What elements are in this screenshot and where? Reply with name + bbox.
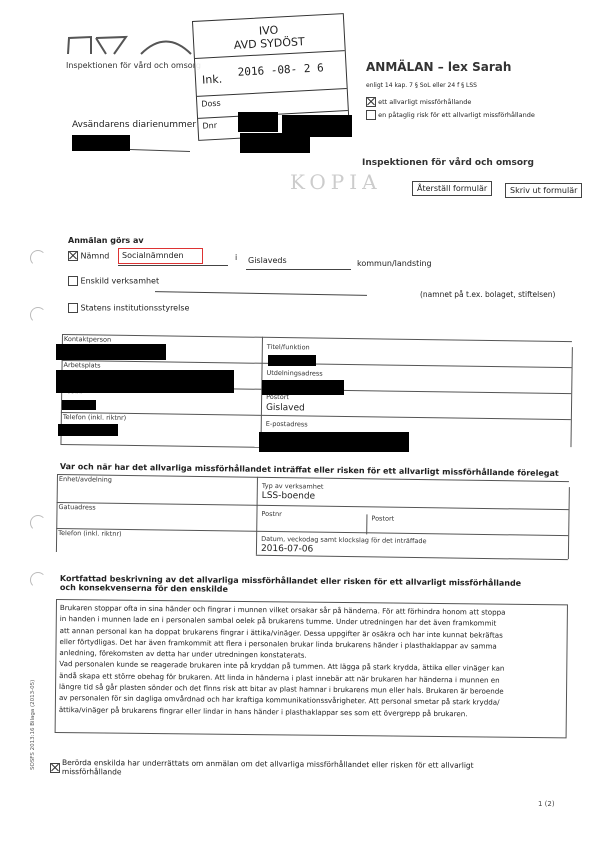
email-label: E-postadress xyxy=(266,420,308,429)
description-heading: Kortfattad beskrivning av det allvarliga… xyxy=(60,574,521,597)
date-value: 2016-07-06 xyxy=(261,544,313,555)
field-line xyxy=(130,149,190,152)
option-risk-label: en påtaglig risk för ett allvarligt miss… xyxy=(378,111,535,119)
i-label: i xyxy=(235,253,237,262)
kopia-stamp: KOPIA xyxy=(290,170,382,194)
postnr-redacted xyxy=(62,400,96,410)
title-label: Titel/funktion xyxy=(267,343,310,352)
sis-row: Statens institutionsstyrelse xyxy=(68,303,189,313)
incident-table: Enhet/avdelning Typ av verksamhet LSS-bo… xyxy=(56,474,569,559)
sender-label: Avsändarens diarienummer xyxy=(72,120,196,130)
private-name-input[interactable] xyxy=(155,291,367,296)
municipality-input[interactable]: Gislaveds xyxy=(248,256,287,265)
sis-label: Statens institutionsstyrelse xyxy=(81,304,190,313)
stamp-ink-label: Ink. xyxy=(202,73,223,87)
title-redacted xyxy=(268,355,316,366)
email-redacted xyxy=(259,432,409,452)
address-label: Utdelningsadress xyxy=(266,369,322,378)
reporter-heading: Anmälan görs av xyxy=(68,236,144,245)
stamp-date: 2016 -08- 2 6 xyxy=(237,61,324,78)
checkbox-private[interactable] xyxy=(68,276,78,286)
checkbox-risk[interactable] xyxy=(366,110,376,120)
redacted-block xyxy=(238,112,278,132)
checkbox-serious[interactable] xyxy=(366,97,376,107)
agency-name: Inspektionen för vård och omsorg xyxy=(362,158,534,168)
type-value: LSS-boende xyxy=(262,491,316,502)
redacted-block xyxy=(240,133,310,153)
phone-label: Telefon (inkl. riktnr) xyxy=(63,413,127,422)
option-serious-label: ett allvarligt missförhållande xyxy=(378,98,471,106)
option-risk[interactable]: en påtaglig risk för ett allvarligt miss… xyxy=(366,110,535,120)
title-dash: – xyxy=(438,60,444,74)
incident-postnr-label: Postnr xyxy=(261,510,282,518)
checkbox-namnd[interactable] xyxy=(68,251,78,261)
hole-punch-mark xyxy=(30,572,46,588)
private-row: Enskild verksamhet xyxy=(68,276,159,286)
form-subtitle: enligt 14 kap. 7 § SoL eller 24 f § LSS xyxy=(366,82,477,89)
incident-postort-label: Postort xyxy=(371,514,394,522)
description-textarea[interactable]: Brukaren stoppar ofta in sina händer och… xyxy=(55,599,568,738)
private-hint: (namnet på t.ex. bolaget, stiftelsen) xyxy=(420,290,555,299)
ivo-logo xyxy=(66,34,196,56)
sender-diary-number-redacted xyxy=(72,135,130,151)
side-reference: SOSFS 2013:16 Bilaga (2013-05) xyxy=(30,680,36,770)
print-form-button[interactable]: Skriv ut formulär xyxy=(505,183,582,198)
stamp-dnr-label: Dnr xyxy=(202,121,217,131)
namnd-label: Nämnd xyxy=(81,252,110,261)
workplace-redacted xyxy=(56,370,234,393)
contact-person-redacted xyxy=(56,344,166,360)
option-serious[interactable]: ett allvarligt missförhållande xyxy=(366,97,471,107)
field-line xyxy=(118,265,228,266)
hole-punch-mark xyxy=(30,515,46,531)
address-redacted xyxy=(262,380,344,395)
title-main: ANMÄLAN xyxy=(366,60,434,74)
hole-punch-mark xyxy=(30,307,46,323)
page-number: 1 (2) xyxy=(538,800,555,808)
contact-person-label: Kontaktperson xyxy=(64,335,111,344)
reset-form-button[interactable]: Återställ formulär xyxy=(412,181,492,196)
private-label: Enskild verksamhet xyxy=(81,277,160,286)
reporter-namnd-row: Nämnd xyxy=(68,251,109,261)
workplace-label: Arbetsplats xyxy=(64,361,101,370)
type-label: Typ av verksamhet xyxy=(262,482,324,491)
street-label: Gatuadress xyxy=(58,503,95,512)
phone-redacted xyxy=(58,424,118,436)
unit-label: Enhet/avdelning xyxy=(59,475,112,484)
checkbox-notified[interactable] xyxy=(50,763,60,773)
namnd-input[interactable]: Socialnämnden xyxy=(118,248,203,264)
postort-value: Gislaved xyxy=(266,403,305,414)
checkbox-sis[interactable] xyxy=(68,303,78,313)
title-suffix: lex Sarah xyxy=(448,60,511,74)
logo-text: Inspektionen för vård och omsorg xyxy=(66,61,201,70)
hole-punch-mark xyxy=(30,250,46,266)
incident-phone-label: Telefon (inkl. riktnr) xyxy=(58,529,122,538)
municipality-suffix: kommun/landsting xyxy=(357,259,432,268)
form-title: ANMÄLAN – lex Sarah xyxy=(366,60,511,74)
stamp-doss-label: Doss xyxy=(201,99,221,109)
field-line xyxy=(246,269,351,270)
